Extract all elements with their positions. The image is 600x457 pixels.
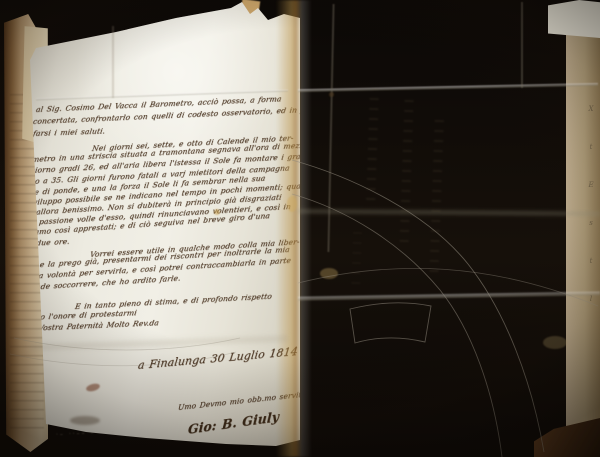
pencil-arc: [292, 194, 502, 457]
manuscript-photo: nv~mn wv~ nmw al Sig. Cosimo Del Vacca i…: [0, 0, 600, 457]
pencil-arcs-overlay: [0, 0, 600, 457]
pencil-arc: [10, 352, 236, 366]
pencil-curved-box: [350, 303, 431, 343]
pencil-arc: [14, 338, 240, 350]
pencil-arc: [292, 160, 544, 452]
right-edge-ghost-letters: X t E s t l: [584, 90, 598, 318]
